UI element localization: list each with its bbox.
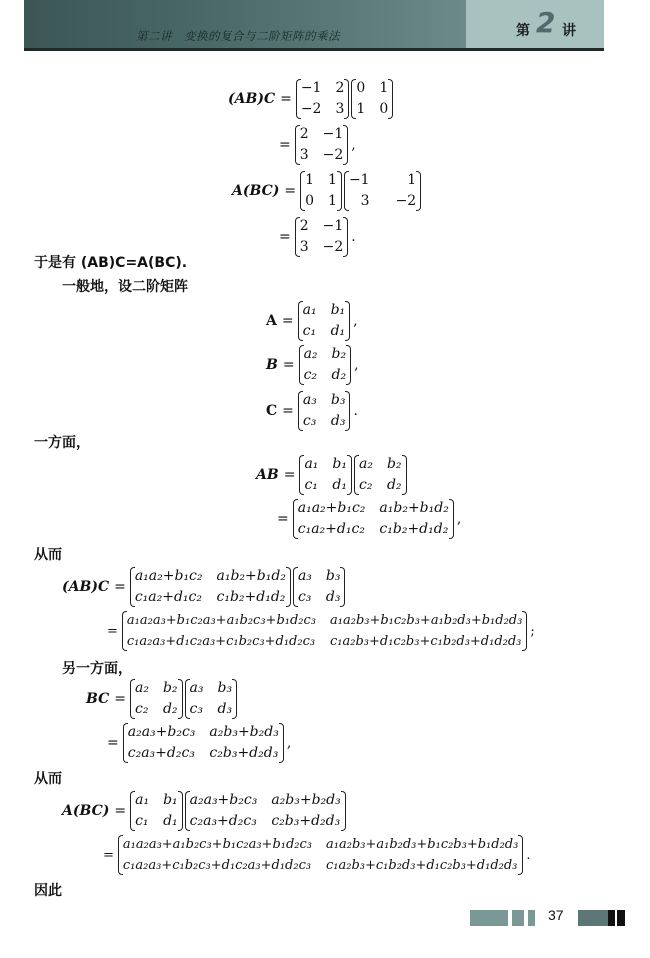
matrix-cell: c₂b₃+d₂d₃ bbox=[209, 744, 278, 763]
matrix-cell: 1 bbox=[328, 192, 337, 211]
matrix: −11 3−2 bbox=[344, 170, 421, 212]
math-text: = bbox=[107, 624, 118, 639]
math-text: = bbox=[114, 803, 126, 819]
matrix-cell: d₃ bbox=[326, 588, 341, 607]
math-text: = bbox=[114, 691, 126, 707]
math-text: = bbox=[279, 137, 291, 153]
matrix: 2−1 3−2 bbox=[295, 216, 349, 258]
matrix-cell: a₃ bbox=[303, 391, 317, 410]
matrix: a₂b₂ c₂d₂ bbox=[130, 678, 183, 720]
math-text: AB bbox=[256, 467, 279, 483]
chapter-badge: 第 2 讲 bbox=[466, 0, 604, 51]
matrix-cell: c₂a₃+d₂c₃ bbox=[128, 744, 196, 763]
definition-b: B= a₂b₂ c₂d₂ , bbox=[266, 344, 359, 386]
math-text: A bbox=[266, 313, 277, 329]
punctuation: , bbox=[457, 511, 461, 527]
math-text: = bbox=[114, 579, 126, 595]
equation-a-bc-result: = 2−1 3−2 . bbox=[276, 216, 356, 258]
matrix-cell: d₃ bbox=[218, 700, 233, 719]
matrix: a₃b₃ c₃d₃ bbox=[298, 390, 351, 432]
equation-abc-numeric: (AB)C = −12 −23 01 10 bbox=[228, 78, 394, 120]
matrix-cell: b₃ bbox=[218, 679, 233, 698]
matrix-cell: c₁a₂a₃+d₁c₂a₃+c₁b₂c₃+d₁d₂c₃ bbox=[127, 632, 316, 651]
equation-ab-result: = a₁a₂+b₁c₂a₁b₂+b₁d₂ c₁a₂+d₁c₂c₁b₂+d₁d₂ … bbox=[274, 498, 461, 540]
matrix: a₂b₂ c₂d₂ bbox=[354, 454, 407, 496]
matrix: 2−1 3−2 bbox=[295, 124, 349, 166]
matrix-cell: −1 bbox=[349, 171, 370, 190]
matrix-cell: −1 bbox=[301, 79, 322, 98]
math-text: = bbox=[282, 313, 294, 329]
math-text: BC bbox=[86, 691, 109, 707]
matrix-cell: a₂b₃+b₂d₃ bbox=[271, 791, 340, 810]
matrix-cell: 2 bbox=[335, 79, 344, 98]
equals-sign: = bbox=[280, 91, 292, 107]
matrix-cell: a₁a₂+b₁c₂ bbox=[298, 499, 366, 518]
math-text: = bbox=[284, 183, 296, 199]
equation-ab: AB= a₁b₁ c₁d₁ a₂b₂ c₂d₂ bbox=[256, 454, 408, 496]
matrix-cell: a₂ bbox=[359, 455, 373, 474]
matrix: a₁a₂+b₁c₂a₁b₂+b₁d₂ c₁a₂+d₁c₂c₁b₂+d₁d₂ bbox=[130, 566, 291, 608]
chapter-badge-jiang: 讲 bbox=[562, 20, 576, 40]
matrix-cell: c₂ bbox=[135, 700, 149, 719]
matrix-cell: a₁a₂a₃+b₁c₂a₃+a₁b₂c₃+b₁d₂c₃ bbox=[127, 611, 316, 630]
matrix-cell: a₁ bbox=[303, 301, 317, 320]
math-text: A(BC) bbox=[62, 803, 109, 819]
definition-c: C= a₃b₃ c₃d₃ . bbox=[266, 390, 358, 432]
matrix-cell: d₂ bbox=[163, 700, 178, 719]
matrix-cell: a₁ bbox=[304, 455, 318, 474]
thus-text-1: 从而 bbox=[34, 544, 62, 564]
matrix-cell: c₃ bbox=[190, 700, 204, 719]
matrix-cell: a₂a₃+b₂c₃ bbox=[190, 791, 258, 810]
math-text: = bbox=[279, 229, 291, 245]
punctuation: . bbox=[526, 848, 530, 863]
math-text: = bbox=[277, 511, 289, 527]
chapter-title: 第二讲 变换的复合与二阶矩阵的乘法 bbox=[136, 28, 340, 44]
matrix-cell: a₁a₂b₃+a₁b₂d₃+b₁c₂b₃+b₁d₂d₃ bbox=[326, 835, 518, 854]
footer-bar bbox=[608, 910, 615, 926]
page-number: 37 bbox=[548, 907, 564, 923]
matrix-cell: 2 bbox=[300, 125, 309, 144]
matrix-cell: d₂ bbox=[332, 366, 347, 385]
matrix: a₂a₃+b₂c₃a₂b₃+b₂d₃ c₂a₃+d₂c₃c₂b₃+d₂d₃ bbox=[123, 722, 284, 764]
matrix-cell: 0 bbox=[356, 79, 365, 98]
math-text: = bbox=[103, 848, 114, 863]
matrix-cell: c₃ bbox=[303, 412, 317, 431]
matrix: 11 01 bbox=[300, 170, 342, 212]
matrix-cell: 1 bbox=[396, 171, 417, 190]
footer-bar bbox=[528, 910, 535, 926]
punctuation: ; bbox=[530, 624, 534, 639]
matrix-cell: 0 bbox=[379, 100, 388, 119]
matrix-cell: −1 bbox=[323, 125, 344, 144]
matrix-cell: d₂ bbox=[387, 476, 402, 495]
matrix-cell: b₂ bbox=[332, 345, 347, 364]
matrix-cell: b₂ bbox=[163, 679, 178, 698]
punctuation: . bbox=[351, 229, 355, 245]
math-text: (AB)C bbox=[62, 579, 109, 595]
matrix-cell: −2 bbox=[396, 192, 417, 211]
matrix-cell: 0 bbox=[305, 192, 314, 211]
matrix-cell: −2 bbox=[323, 146, 344, 165]
one-hand-text: 一方面， bbox=[34, 432, 90, 452]
matrix: a₂b₂ c₂d₂ bbox=[299, 344, 352, 386]
conclusion-text: 于是有 (AB)C=A(BC). bbox=[34, 252, 187, 272]
matrix-cell: −2 bbox=[301, 100, 322, 119]
footer-bar bbox=[617, 910, 625, 926]
matrix-cell: 1 bbox=[356, 100, 365, 119]
matrix-cell: c₁a₂a₃+c₁b₂c₃+d₁c₂a₃+d₁d₂c₃ bbox=[123, 856, 312, 875]
math-text: = bbox=[282, 403, 294, 419]
punctuation: , bbox=[287, 735, 291, 751]
equation-a-bc-numeric: A(BC) = 11 01 −11 3−2 bbox=[232, 170, 422, 212]
matrix: a₃b₃ c₃d₃ bbox=[185, 678, 238, 720]
matrix-cell: a₂ bbox=[304, 345, 318, 364]
matrix-cell: c₁b₂+d₁d₂ bbox=[217, 588, 286, 607]
matrix-cell: c₂ bbox=[304, 366, 318, 385]
hence-text: 因此 bbox=[34, 880, 62, 900]
matrix-cell: 3 bbox=[349, 192, 370, 211]
equation-bc-result: = a₂a₃+b₂c₃a₂b₃+b₂d₃ c₂a₃+d₂c₃c₂b₃+d₂d₃ … bbox=[104, 722, 291, 764]
matrix: −12 −23 bbox=[296, 78, 350, 120]
matrix-cell: 1 bbox=[305, 171, 314, 190]
thus-text-2: 从而 bbox=[34, 768, 62, 788]
matrix-cell: c₂b₃+d₂d₃ bbox=[271, 812, 340, 831]
equation-a-bc-general: A(BC)= a₁b₁ c₁d₁ a₂a₃+b₂c₃a₂b₃+b₂d₃ c₂a₃… bbox=[62, 790, 347, 832]
footer-bar bbox=[512, 910, 524, 926]
matrix: 01 10 bbox=[351, 78, 393, 120]
equation-abc-result: = 2−1 3−2 , bbox=[276, 124, 356, 166]
math-text: = bbox=[283, 357, 295, 373]
matrix: a₃b₃ c₃d₃ bbox=[293, 566, 346, 608]
matrix-cell: c₁ bbox=[304, 476, 318, 495]
matrix-cell: 1 bbox=[379, 79, 388, 98]
matrix-cell: c₁ bbox=[135, 812, 149, 831]
matrix-cell: a₂ bbox=[135, 679, 149, 698]
matrix: a₁b₁ c₁d₁ bbox=[299, 454, 352, 496]
matrix-cell: a₂b₃+b₂d₃ bbox=[209, 723, 278, 742]
matrix-cell: 3 bbox=[335, 100, 344, 119]
matrix-cell: a₁ bbox=[135, 791, 149, 810]
chapter-header-band: 第二讲 变换的复合与二阶矩阵的乘法 bbox=[24, 0, 466, 51]
matrix-cell: −1 bbox=[323, 217, 344, 236]
matrix-cell: 1 bbox=[328, 171, 337, 190]
matrix-cell: c₂ bbox=[359, 476, 373, 495]
matrix-cell: a₁a₂a₃+a₁b₂c₃+b₁c₂a₃+b₁d₂c₃ bbox=[123, 835, 312, 854]
matrix-cell: −2 bbox=[323, 238, 344, 257]
matrix-cell: b₂ bbox=[387, 455, 402, 474]
math-text: = bbox=[107, 735, 119, 751]
matrix-cell: a₃ bbox=[298, 567, 312, 586]
chapter-badge-di: 第 bbox=[516, 20, 530, 40]
matrix-cell: b₁ bbox=[331, 301, 346, 320]
matrix-cell: b₁ bbox=[332, 455, 347, 474]
matrix-cell: 3 bbox=[300, 238, 309, 257]
punctuation: , bbox=[351, 137, 355, 153]
equation-abc-general-result: = a₁a₂a₃+b₁c₂a₃+a₁b₂c₃+b₁d₂c₃a₁a₂b₃+b₁c₂… bbox=[104, 610, 535, 652]
matrix-cell: c₁ bbox=[303, 322, 317, 341]
matrix-cell: d₁ bbox=[332, 476, 347, 495]
math-text: B bbox=[266, 357, 278, 373]
matrix-cell: d₃ bbox=[331, 412, 346, 431]
matrix-cell: c₁a₂+d₁c₂ bbox=[298, 520, 366, 539]
equation-abc-general: (AB)C= a₁a₂+b₁c₂a₁b₂+b₁d₂ c₁a₂+d₁c₂c₁b₂+… bbox=[62, 566, 346, 608]
matrix-cell: c₁a₂b₃+d₁c₂b₃+c₁b₂d₃+d₁d₂d₃ bbox=[330, 632, 522, 651]
matrix-cell: a₁a₂+b₁c₂ bbox=[135, 567, 203, 586]
matrix-cell: a₁b₂+b₁d₂ bbox=[379, 499, 448, 518]
matrix: a₂a₃+b₂c₃a₂b₃+b₂d₃ c₂a₃+d₂c₃c₂b₃+d₂d₃ bbox=[185, 790, 346, 832]
math-text: = bbox=[284, 467, 296, 483]
punctuation: , bbox=[353, 313, 357, 329]
other-hand-text: 另一方面， bbox=[62, 658, 132, 678]
footer-bar bbox=[578, 910, 608, 926]
matrix-cell: c₂a₃+d₂c₃ bbox=[190, 812, 258, 831]
matrix: a₁a₂+b₁c₂a₁b₂+b₁d₂ c₁a₂+d₁c₂c₁b₂+d₁d₂ bbox=[293, 498, 454, 540]
punctuation: , bbox=[354, 357, 358, 373]
matrix-cell: b₁ bbox=[163, 791, 178, 810]
matrix-cell: a₃ bbox=[190, 679, 204, 698]
matrix-cell: b₃ bbox=[331, 391, 346, 410]
matrix-cell: c₁a₂b₃+c₁b₂d₃+d₁c₂b₃+d₁d₂d₃ bbox=[326, 856, 518, 875]
matrix: a₁b₁ c₁d₁ bbox=[298, 300, 351, 342]
math-text: C bbox=[266, 403, 277, 419]
matrix: a₁a₂a₃+a₁b₂c₃+b₁c₂a₃+b₁d₂c₃a₁a₂b₃+a₁b₂d₃… bbox=[118, 834, 523, 876]
math-text: A(BC) bbox=[232, 183, 279, 199]
matrix-cell: d₁ bbox=[331, 322, 346, 341]
footer-bar bbox=[470, 910, 508, 926]
matrix-cell: d₁ bbox=[163, 812, 178, 831]
equation-bc: BC= a₂b₂ c₂d₂ a₃b₃ c₃d₃ bbox=[86, 678, 238, 720]
matrix-cell: a₁b₂+b₁d₂ bbox=[217, 567, 286, 586]
matrix-cell: a₁a₂b₃+b₁c₂b₃+a₁b₂d₃+b₁d₂d₃ bbox=[330, 611, 522, 630]
matrix-cell: c₁a₂+d₁c₂ bbox=[135, 588, 203, 607]
matrix-cell: c₁b₂+d₁d₂ bbox=[379, 520, 448, 539]
matrix-cell: b₃ bbox=[326, 567, 341, 586]
matrix-cell: 2 bbox=[300, 217, 309, 236]
matrix: a₁a₂a₃+b₁c₂a₃+a₁b₂c₃+b₁d₂c₃a₁a₂b₃+b₁c₂b₃… bbox=[122, 610, 527, 652]
equation-lhs: (AB)C bbox=[228, 91, 275, 107]
punctuation: . bbox=[353, 403, 357, 419]
general-intro-text: 一般地，设二阶矩阵 bbox=[62, 276, 188, 296]
equation-a-bc-general-result: = a₁a₂a₃+a₁b₂c₃+b₁c₂a₃+b₁d₂c₃a₁a₂b₃+a₁b₂… bbox=[100, 834, 530, 876]
matrix-cell: c₃ bbox=[298, 588, 312, 607]
matrix-cell: 3 bbox=[300, 146, 309, 165]
chapter-badge-number: 2 bbox=[536, 6, 555, 39]
matrix: a₁b₁ c₁d₁ bbox=[130, 790, 183, 832]
matrix-cell: a₂a₃+b₂c₃ bbox=[128, 723, 196, 742]
definition-a: A= a₁b₁ c₁d₁ , bbox=[266, 300, 358, 342]
